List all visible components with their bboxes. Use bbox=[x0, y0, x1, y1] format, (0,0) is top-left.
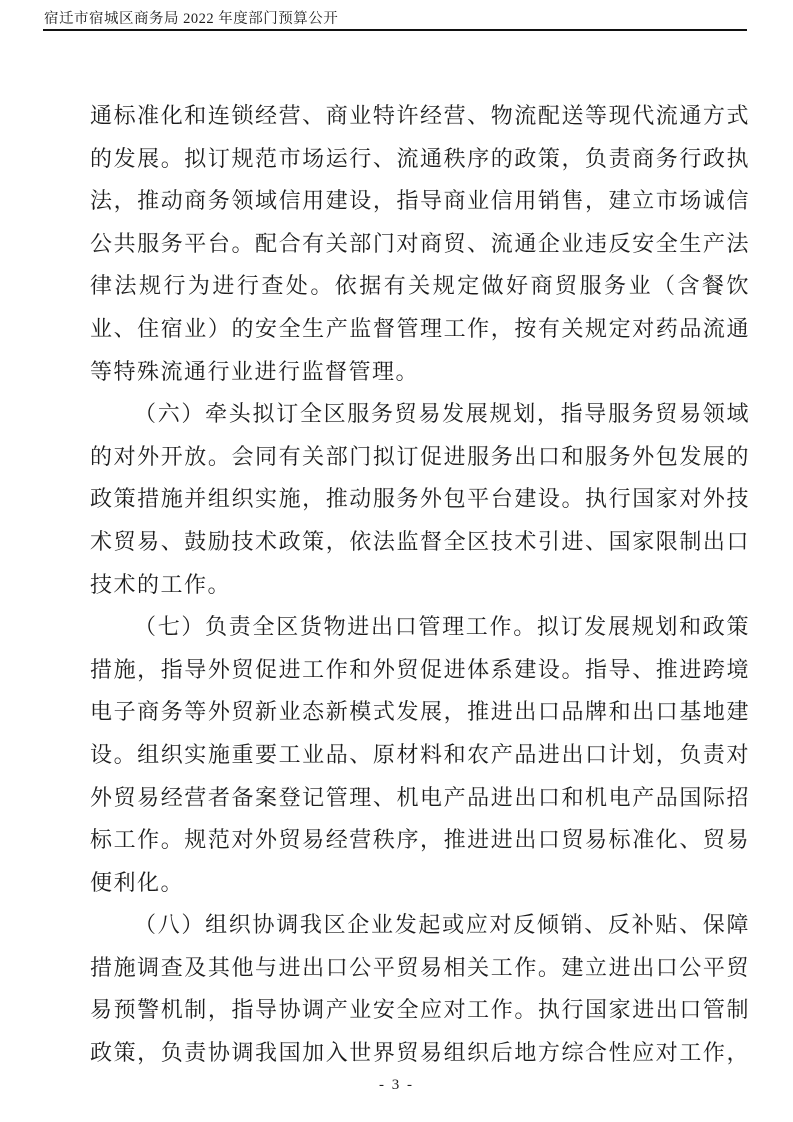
body-line: 外贸易经营者备案登记管理、机电产品进出口和机电产品国际招 bbox=[90, 777, 750, 820]
body-line: 政策措施并组织实施，推动服务外包平台建设。执行国家对外技 bbox=[90, 478, 750, 521]
document-body: 通标准化和连锁经营、商业特许经营、物流配送等现代流通方式的发展。拟订规范市场运行… bbox=[90, 95, 750, 1075]
body-line: 等特殊流通行业进行监督管理。 bbox=[90, 351, 750, 394]
body-line: 业、住宿业）的安全生产监督管理工作，按有关规定对药品流通 bbox=[90, 308, 750, 351]
body-line: 设。组织实施重要工业品、原材料和农产品进出口计划，负责对 bbox=[90, 734, 750, 777]
body-line: 通标准化和连锁经营、商业特许经营、物流配送等现代流通方式 bbox=[90, 95, 750, 138]
body-line: （八）组织协调我区企业发起或应对反倾销、反补贴、保障 bbox=[90, 904, 750, 947]
page-number: - 3 - bbox=[379, 1077, 414, 1093]
body-line: 法，推动商务领域信用建设，指导商业信用销售，建立市场诚信 bbox=[90, 180, 750, 223]
body-line: 公共服务平台。配合有关部门对商贸、流通企业违反安全生产法 bbox=[90, 223, 750, 266]
document-page: 宿迁市宿城区商务局 2022 年度部门预算公开 通标准化和连锁经营、商业特许经营… bbox=[0, 0, 793, 1122]
body-line: 易预警机制，指导协调产业安全应对工作。执行国家进出口管制 bbox=[90, 989, 750, 1032]
body-line: 律法规行为进行查处。依据有关规定做好商贸服务业（含餐饮 bbox=[90, 265, 750, 308]
body-line: （七）负责全区货物进出口管理工作。拟订发展规划和政策 bbox=[90, 606, 750, 649]
body-line: 的对外开放。会同有关部门拟订促进服务出口和服务外包发展的 bbox=[90, 436, 750, 479]
header-rule bbox=[43, 29, 747, 31]
body-line: 便利化。 bbox=[90, 862, 750, 905]
body-line: 术贸易、鼓励技术政策，依法监督全区技术引进、国家限制出口 bbox=[90, 521, 750, 564]
body-line: 的发展。拟订规范市场运行、流通秩序的政策，负责商务行政执 bbox=[90, 138, 750, 181]
body-line: 电子商务等外贸新业态新模式发展，推进出口品牌和出口基地建 bbox=[90, 691, 750, 734]
body-line: 措施调查及其他与进出口公平贸易相关工作。建立进出口公平贸 bbox=[90, 947, 750, 990]
page-footer: - 3 - bbox=[0, 1076, 793, 1094]
header-title: 宿迁市宿城区商务局 2022 年度部门预算公开 bbox=[44, 10, 747, 28]
body-line: （六）牵头拟订全区服务贸易发展规划，指导服务贸易领域 bbox=[90, 393, 750, 436]
body-line: 措施，指导外贸促进工作和外贸促进体系建设。指导、推进跨境 bbox=[90, 649, 750, 692]
page-header: 宿迁市宿城区商务局 2022 年度部门预算公开 bbox=[44, 10, 747, 28]
body-line: 政策，负责协调我国加入世界贸易组织后地方综合性应对工作， bbox=[90, 1032, 750, 1075]
body-line: 技术的工作。 bbox=[90, 564, 750, 607]
body-line: 标工作。规范对外贸易经营秩序，推进进出口贸易标准化、贸易 bbox=[90, 819, 750, 862]
